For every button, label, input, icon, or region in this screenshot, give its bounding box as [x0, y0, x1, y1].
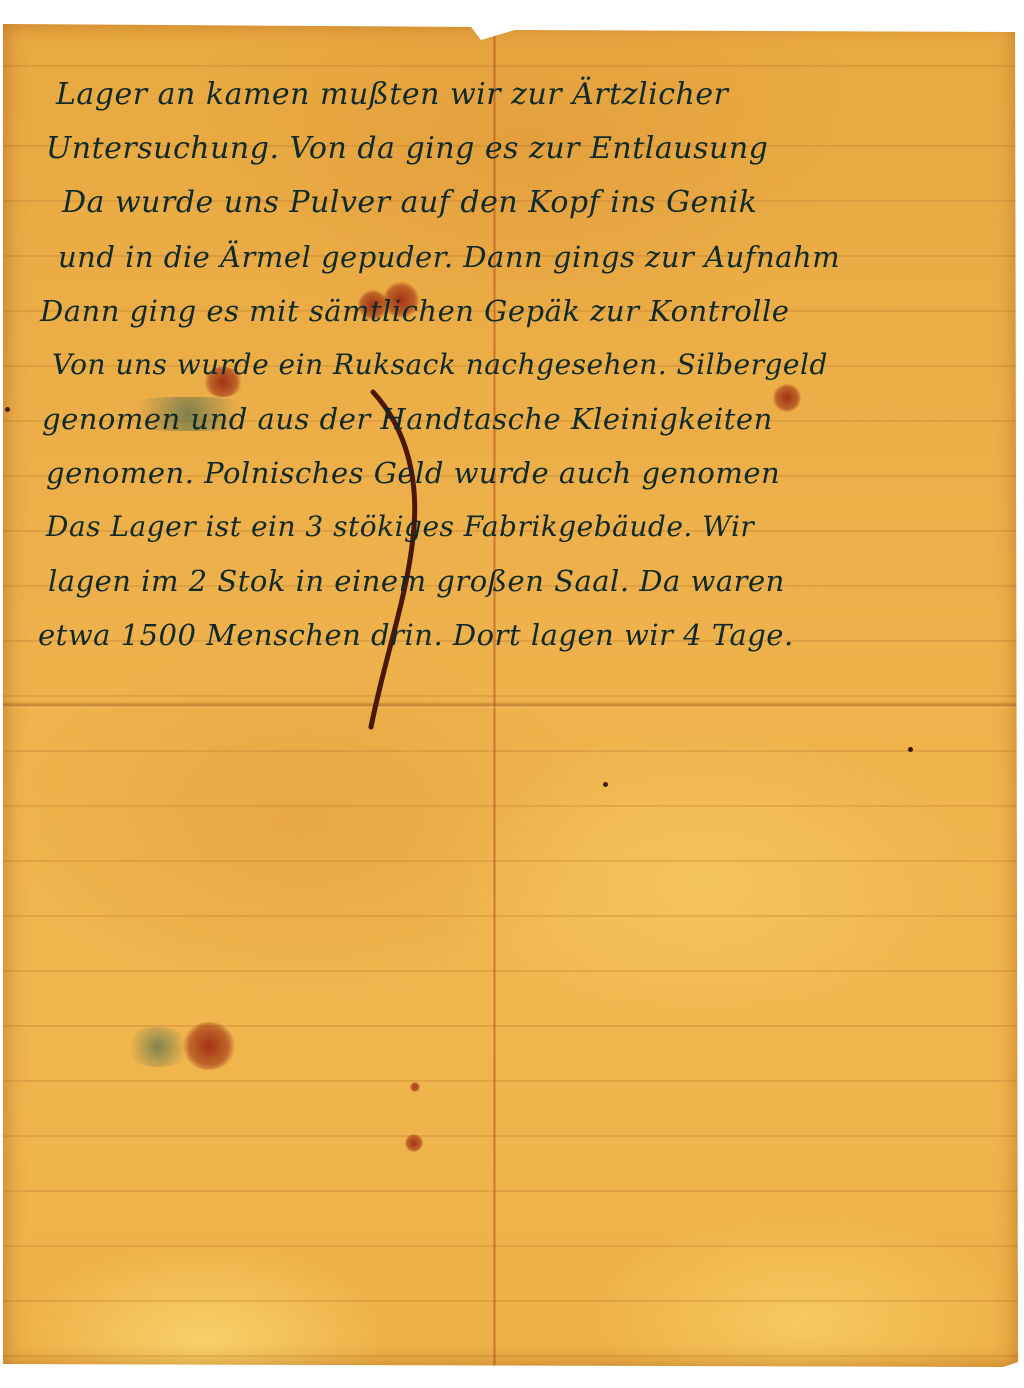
text-line: etwa 1500 Menschen drin. Dort lagen wir …: [38, 608, 998, 662]
text-line: Untersuchung. Von da ging es zur Entlaus…: [38, 122, 998, 176]
text-line: lagen im 2 Stok in einem großen Saal. Da…: [38, 554, 998, 608]
handwritten-text: Lager an kamen mußten wir zur Ärtzlicher…: [38, 68, 998, 662]
ink-dot: [5, 407, 10, 412]
text-line: genomen. Polnisches Geld wurde auch geno…: [38, 446, 998, 500]
ink-dot: [603, 782, 608, 787]
text-line: Dann ging es mit sämtlichen Gepäk zur Ko…: [38, 284, 998, 338]
text-line: genomen und aus der Handtasche Kleinigke…: [38, 392, 998, 446]
text-line: und in die Ärmel gepuder. Dann gings zur…: [38, 230, 998, 284]
text-line: Lager an kamen mußten wir zur Ärtzlicher: [38, 68, 998, 122]
text-line: Das Lager ist ein 3 stökiges Fabrikgebäu…: [38, 500, 998, 554]
text-line: Von uns wurde ein Ruksack nachgesehen. S…: [38, 338, 998, 392]
text-line: Da wurde uns Pulver auf den Kopf ins Gen…: [38, 176, 998, 230]
ink-smudge: [123, 1027, 193, 1067]
stain-spot: [410, 1082, 420, 1092]
stain-spot: [405, 1134, 423, 1152]
horizontal-fold-crease: [3, 702, 1018, 708]
ink-dot: [908, 747, 913, 752]
